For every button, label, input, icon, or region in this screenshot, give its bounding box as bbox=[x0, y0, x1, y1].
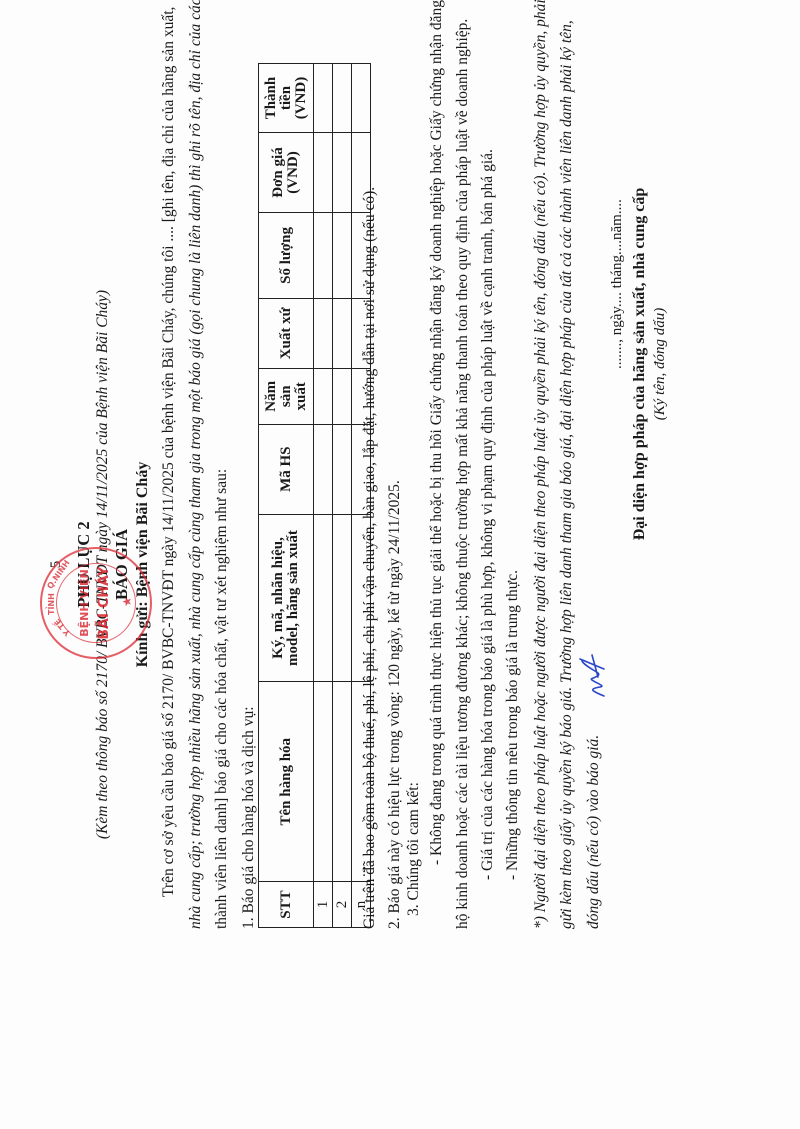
cell bbox=[333, 424, 352, 514]
header-model: Ký, mã, nhãn hiệu, model, hãng sản xuất bbox=[259, 514, 314, 682]
document-title: BÁO GIÁ bbox=[112, 0, 132, 1129]
footnote-line-1: *) Người đại diện theo pháp luật hoặc ng… bbox=[532, 0, 550, 929]
cell bbox=[333, 368, 352, 424]
cell bbox=[333, 133, 352, 213]
page-number: 5 bbox=[48, 0, 65, 1129]
intro-line-3: thành viên liên danh] báo giá cho các hó… bbox=[213, 469, 231, 929]
handwritten-signature-icon bbox=[578, 649, 612, 699]
cell bbox=[352, 64, 371, 133]
intro-line-2: nhà cung cấp; trường hợp nhiều hãng sản … bbox=[187, 0, 205, 929]
cell bbox=[314, 424, 333, 514]
section-1-label: 1. Báo giá cho hàng hóa và dịch vụ: bbox=[240, 706, 258, 929]
table-row: 1 bbox=[314, 64, 333, 928]
commitment-label: 3. Chúng tôi cam kết: bbox=[405, 782, 423, 916]
cell: 1 bbox=[314, 882, 333, 928]
signature-date-line: ......., ngày.... tháng....năm.... bbox=[609, 199, 626, 369]
commitment-1-continued: hộ kinh doanh hoặc các tài liệu tương đư… bbox=[454, 19, 472, 929]
cell bbox=[314, 298, 333, 368]
cell bbox=[333, 64, 352, 133]
cell: 2 bbox=[333, 882, 352, 928]
recipient-line: Kính gửi: Bệnh viện Bãi Cháy bbox=[134, 0, 152, 1129]
header-quantity: Số lượng bbox=[259, 212, 314, 298]
quotation-table: STT Tên hàng hóa Ký, mã, nhãn hiệu, mode… bbox=[258, 63, 371, 928]
cell bbox=[333, 682, 352, 882]
cell bbox=[314, 514, 333, 682]
signature-representative: Đại diện hợp pháp của hãng sản xuất, nhà… bbox=[631, 84, 649, 644]
commitment-1: - Không đang trong quá trình thực hiện t… bbox=[428, 0, 446, 865]
intro-line-1: Trên cơ sở yêu cầu báo giá số 2170/ BVBC… bbox=[160, 7, 178, 897]
header-item-name: Tên hàng hóa bbox=[259, 682, 314, 882]
price-inclusion-note: Giá trên đã bao gồm toàn bộ thuế, phí, l… bbox=[361, 187, 379, 929]
signature-instruction: (Ký tên, đóng dấu) bbox=[652, 84, 669, 644]
cell bbox=[333, 212, 352, 298]
footnote-line-3: đóng dấu (nếu có) vào báo giá. bbox=[585, 735, 603, 929]
commitment-2: - Giá trị của các hàng hóa trong báo giá… bbox=[479, 149, 497, 880]
cell bbox=[333, 514, 352, 682]
header-stt: STT bbox=[259, 882, 314, 928]
header-unit-price: Đơn giá (VND) bbox=[259, 133, 314, 213]
table-row: 2 bbox=[333, 64, 352, 928]
cell bbox=[314, 133, 333, 213]
appendix-title: PHỤ LỤC 2 bbox=[74, 0, 94, 1129]
cell bbox=[314, 64, 333, 133]
header-year: Năm sản xuất bbox=[259, 368, 314, 424]
cell bbox=[314, 682, 333, 882]
table-header-row: STT Tên hàng hóa Ký, mã, nhãn hiệu, mode… bbox=[259, 64, 314, 928]
footnote-line-2: gửi kèm theo giấy ủy quyền ký báo giá. T… bbox=[558, 20, 576, 929]
header-total: Thành tiền (VND) bbox=[259, 64, 314, 133]
cell bbox=[333, 298, 352, 368]
cell bbox=[314, 368, 333, 424]
cell bbox=[314, 212, 333, 298]
header-hs-code: Mã HS bbox=[259, 424, 314, 514]
validity-line: 2. Báo giá này có hiệu lực trong vòng: 1… bbox=[386, 480, 404, 929]
header-origin: Xuất xứ bbox=[259, 298, 314, 368]
document-page: 5 PHỤ LỤC 2 (Kèm theo thông báo số 2170/… bbox=[0, 0, 800, 1129]
commitment-3: - Những thông tin nêu trong báo giá là t… bbox=[504, 570, 522, 880]
appendix-subtitle: (Kèm theo thông báo số 2170/ BVBC-TNVĐT … bbox=[94, 0, 112, 1129]
